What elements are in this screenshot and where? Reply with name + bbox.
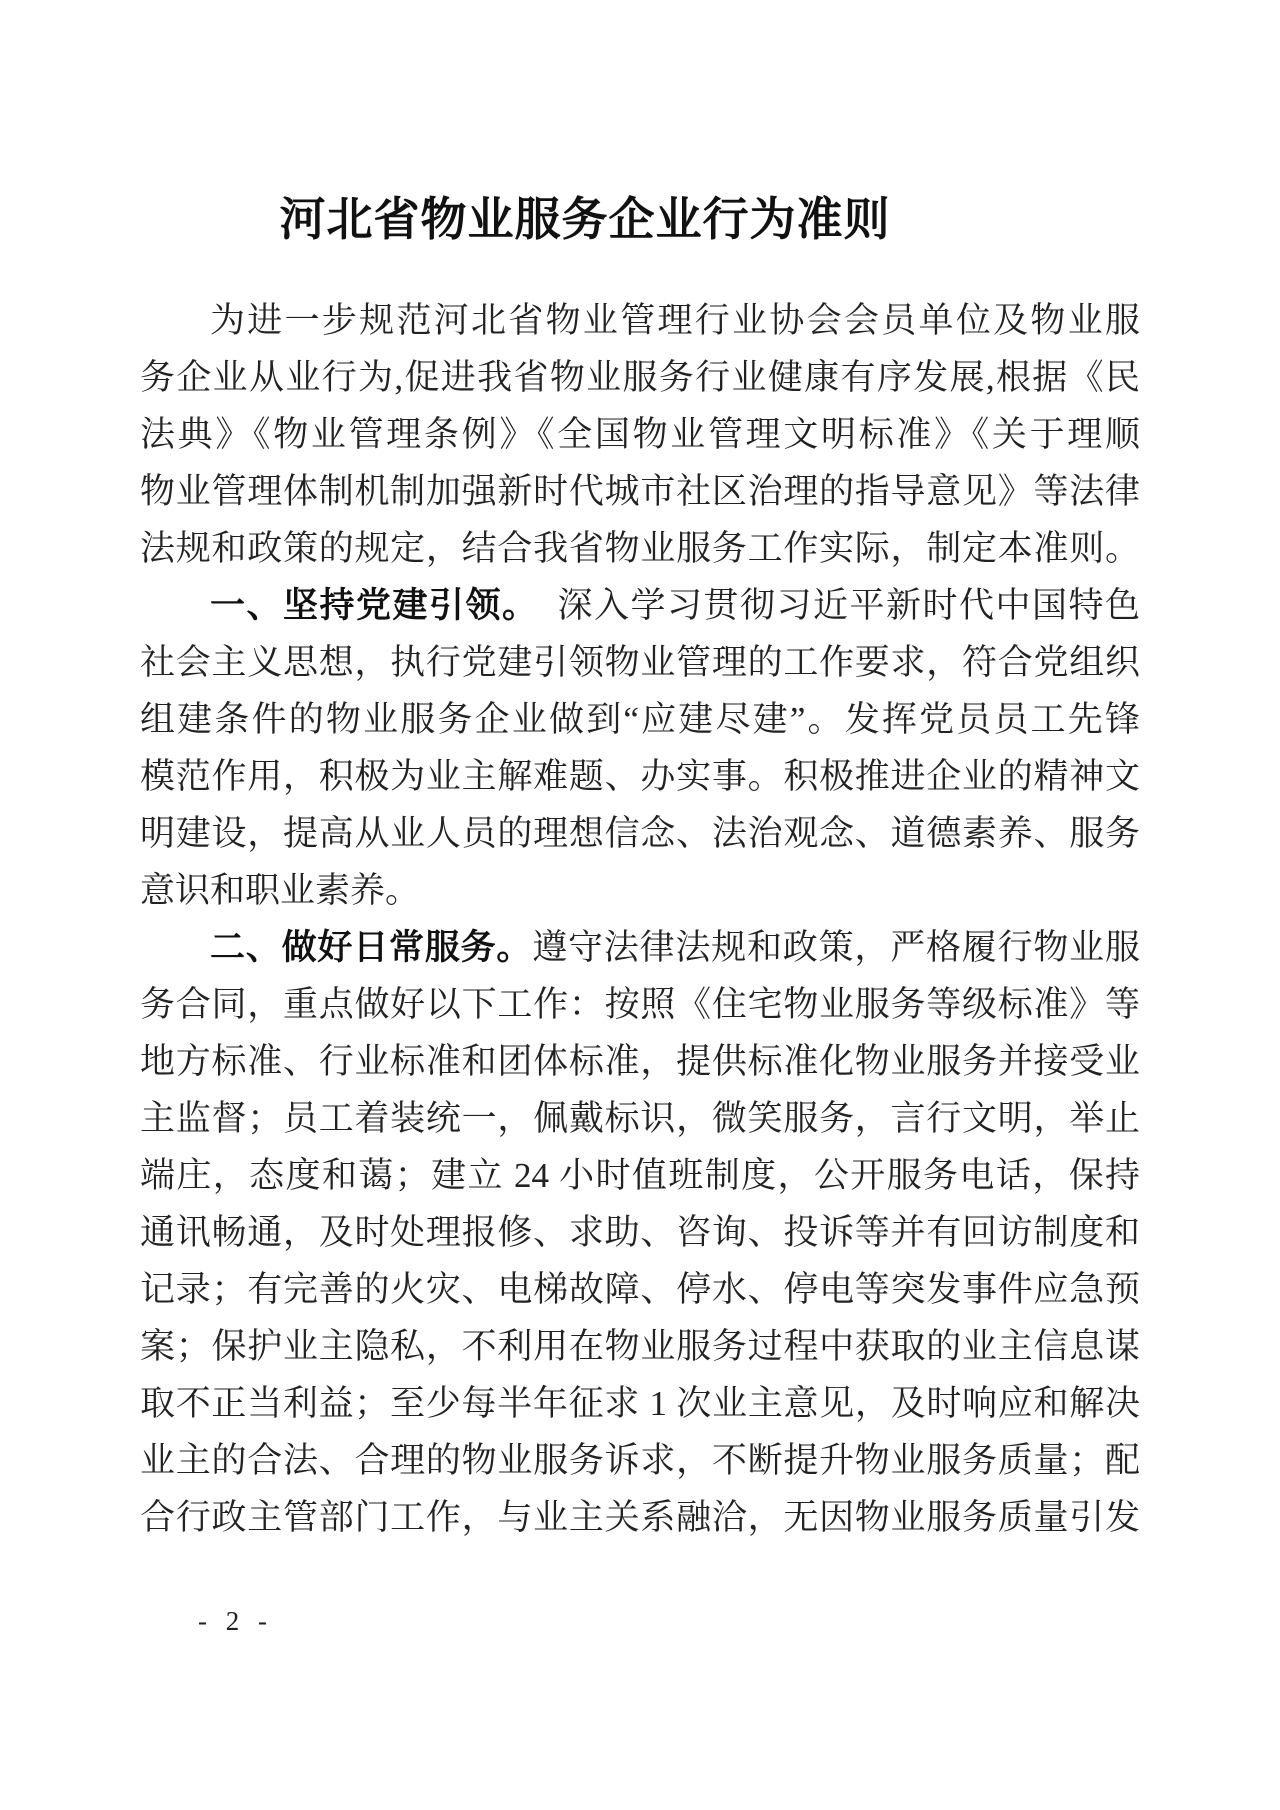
text-line: 意识和职业素养。 xyxy=(140,862,1140,919)
line-text: 社会主义思想，执行党建引领物业管理的工作要求，符合党组织 xyxy=(140,643,1140,682)
section-1-heading: 一、坚持党建引领。 xyxy=(210,586,521,625)
text-line: 业主的合法、合理的物业服务诉求，不断提升物业服务质量；配 xyxy=(140,1432,1140,1489)
text-line: 一、坚持党建引领。 深入学习贯彻习近平新时代中国特色 xyxy=(140,577,1140,634)
text-line: 通讯畅通，及时处理报修、求助、咨询、投诉等并有回访制度和 xyxy=(140,1204,1140,1261)
text-line: 物业管理体制机制加强新时代城市社区治理的指导意见》等法律 xyxy=(140,463,1140,520)
text-line: 地方标准、行业标准和团体标准，提供标准化物业服务并接受业 xyxy=(140,1033,1140,1090)
text-line: 主监督；员工着装统一，佩戴标识，微笑服务，言行文明，举止 xyxy=(140,1090,1140,1147)
text-line: 端庄，态度和蔼；建立 24 小时值班制度，公开服务电话，保持 xyxy=(140,1147,1140,1204)
text-line: 合行政主管部门工作，与业主关系融洽，无因物业服务质量引发 xyxy=(140,1489,1140,1546)
document-body: 为进一步规范河北省物业管理行业协会会员单位及物业服 务企业从业行为,促进我省物业… xyxy=(140,292,1140,1546)
line-text: 组建条件的物业服务企业做到“应建尽建”。发挥党员员工先锋 xyxy=(140,700,1140,739)
section-2-heading: 二、做好日常服务。 xyxy=(210,928,532,967)
text-line: 务企业从业行为,促进我省物业服务行业健康有序发展,根据《民 xyxy=(140,349,1140,406)
text-line: 二、做好日常服务。遵守法律法规和政策，严格履行物业服 xyxy=(140,919,1140,976)
line-text: 取不正当利益；至少每半年征求 1 次业主意见，及时响应和解决 xyxy=(140,1384,1140,1423)
text-line: 模范作用，积极为业主解难题、办实事。积极推进企业的精神文 xyxy=(140,748,1140,805)
line-text: 明建设，提高从业人员的理想信念、法治观念、道德素养、服务 xyxy=(140,814,1140,853)
document-page: 河北省物业服务企业行为准则 为进一步规范河北省物业管理行业协会会员单位及物业服 … xyxy=(0,0,1280,1810)
line-text: 通讯畅通，及时处理报修、求助、咨询、投诉等并有回访制度和 xyxy=(140,1213,1140,1252)
text-line: 取不正当利益；至少每半年征求 1 次业主意见，及时响应和解决 xyxy=(140,1375,1140,1432)
line-text: 为进一步规范河北省物业管理行业协会会员单位及物业服 xyxy=(210,301,1140,340)
line-text: 模范作用，积极为业主解难题、办实事。积极推进企业的精神文 xyxy=(140,757,1140,796)
line-text: 业主的合法、合理的物业服务诉求，不断提升物业服务质量；配 xyxy=(140,1441,1140,1480)
line-text: 遵守法律法规和政策，严格履行物业服 xyxy=(532,928,1140,967)
line-text: 记录；有完善的火灾、电梯故障、停水、停电等突发事件应急预 xyxy=(140,1270,1140,1309)
text-line: 组建条件的物业服务企业做到“应建尽建”。发挥党员员工先锋 xyxy=(140,691,1140,748)
text-line: 为进一步规范河北省物业管理行业协会会员单位及物业服 xyxy=(140,292,1140,349)
line-text: 意识和职业素养。 xyxy=(140,871,420,910)
page-title: 河北省物业服务企业行为准则 xyxy=(140,185,1140,255)
line-text: 地方标准、行业标准和团体标准，提供标准化物业服务并接受业 xyxy=(140,1042,1140,1081)
text-line: 记录；有完善的火灾、电梯故障、停水、停电等突发事件应急预 xyxy=(140,1261,1140,1318)
text-line: 法典》《物业管理条例》《全国物业管理文明标准》《关于理顺 xyxy=(140,406,1140,463)
line-text: 合行政主管部门工作，与业主关系融洽，无因物业服务质量引发 xyxy=(140,1498,1140,1537)
line-text: 务合同，重点做好以下工作：按照《住宅物业服务等级标准》等 xyxy=(140,985,1140,1024)
line-text: 主监督；员工着装统一，佩戴标识，微笑服务，言行文明，举止 xyxy=(140,1099,1140,1138)
line-text: 法规和政策的规定，结合我省物业服务工作实际，制定本准则。 xyxy=(140,529,1140,568)
page-number: - 2 - xyxy=(198,1606,273,1637)
text-line: 案；保护业主隐私，不利用在物业服务过程中获取的业主信息谋 xyxy=(140,1318,1140,1375)
text-line: 明建设，提高从业人员的理想信念、法治观念、道德素养、服务 xyxy=(140,805,1140,862)
line-text: 物业管理体制机制加强新时代城市社区治理的指导意见》等法律 xyxy=(140,472,1140,511)
line-text: 法典》《物业管理条例》《全国物业管理文明标准》《关于理顺 xyxy=(140,415,1140,454)
line-text: 案；保护业主隐私，不利用在物业服务过程中获取的业主信息谋 xyxy=(140,1327,1140,1366)
line-text: 深入学习贯彻习近平新时代中国特色 xyxy=(521,586,1140,625)
document-content: 河北省物业服务企业行为准则 为进一步规范河北省物业管理行业协会会员单位及物业服 … xyxy=(140,0,1140,1546)
text-line: 法规和政策的规定，结合我省物业服务工作实际，制定本准则。 xyxy=(140,520,1140,577)
text-line: 社会主义思想，执行党建引领物业管理的工作要求，符合党组织 xyxy=(140,634,1140,691)
text-line: 务合同，重点做好以下工作：按照《住宅物业服务等级标准》等 xyxy=(140,976,1140,1033)
line-text: 端庄，态度和蔼；建立 24 小时值班制度，公开服务电话，保持 xyxy=(140,1156,1140,1195)
line-text: 务企业从业行为,促进我省物业服务行业健康有序发展,根据《民 xyxy=(140,358,1140,397)
